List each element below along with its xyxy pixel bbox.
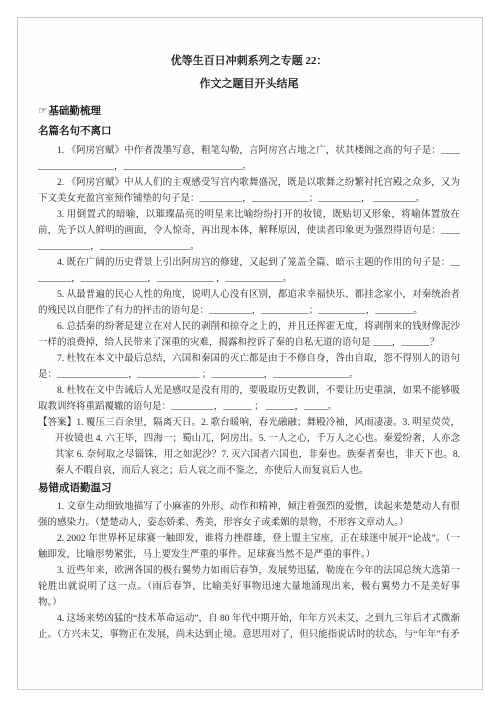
question-5: 5. 从最普遍的民心人性的角度，说明人心没有区别，都追求幸福快乐、都挂念家小，对… [38,287,460,319]
section-idioms-heading: 易错成语勤温习 [38,481,460,497]
idiom-item-2: 2. 2002 年世界杯足球赛一触即发，谁将力挫群雄，登上盟主宝座，正在球迷中展… [38,531,460,563]
question-6: 6. 总括秦的纷奢是建立在对人民的剥削和掠夺之上的，并且还挥霍无度，将剥削来的钱… [38,319,460,351]
pointing-finger-icon: ☞ [38,106,47,117]
section-basics-heading: ☞基础勤梳理 [38,104,460,120]
question-8: 8. 杜牧在文中告诫后人光是感叹是没有用的，要吸取历史教训，不要让历史重演，如果… [38,383,460,415]
question-4: 4. 既在广阔的历史背景上引出阿房宫的修建，又起到了笼盖全篇、暗示主题的作用的句… [38,255,460,287]
question-7: 7. 杜牧在本文中最后总结，六国和秦国的灭亡都是由于不修自身，咎由自取，怨不得别… [38,351,460,383]
question-3: 3. 用倒置式的暗喻，以璀璨晶亮的明星来比喻纷纷打开的妆镜，既贴切又形象，将喻体… [38,207,460,255]
question-1: 1. 《阿房宫赋》中作者泼墨写意，粗笔勾勒，言阿房宫占地之广，状其楼阁之高的句子… [38,143,460,175]
idiom-item-3: 3. 近些年来，欧洲各国的极右翼势力如雨后春笋，发展势迅猛，勒庞在今年的法国总统… [38,563,460,611]
doc-title: 优等生百日冲刺系列之专题 22： [38,54,460,68]
section-basics-title: 基础勤梳理 [48,106,101,117]
answer-block: 【答案】1. 覆压三百余里，隔离天日。2. 歌台暖响，春光融融；舞殿冷袖，风雨凄… [38,415,460,479]
document-page: 优等生百日冲刺系列之专题 22： 作文之题目开头结尾 ☞基础勤梳理 名篇名句不离… [17,17,483,690]
doc-subtitle: 作文之题目开头结尾 [38,77,460,91]
question-2: 2. 《阿房宫赋》中从人们的主观感受写宫内歌舞盛况，既是以歌舞之纷繁衬托宫殿之众… [38,175,460,207]
subsection-famous-lines-heading: 名篇名句不离口 [38,124,460,140]
idiom-item-4: 4. 这场来势凶猛的“技术革命运动”，自 80 年代中期开始，年年方兴未艾，之到… [38,611,460,643]
idiom-item-1: 1. 文章生动细致地描写了小麻雀的外形、动作和精神，倾注着强烈的爱憎，读起来楚楚… [38,499,460,531]
